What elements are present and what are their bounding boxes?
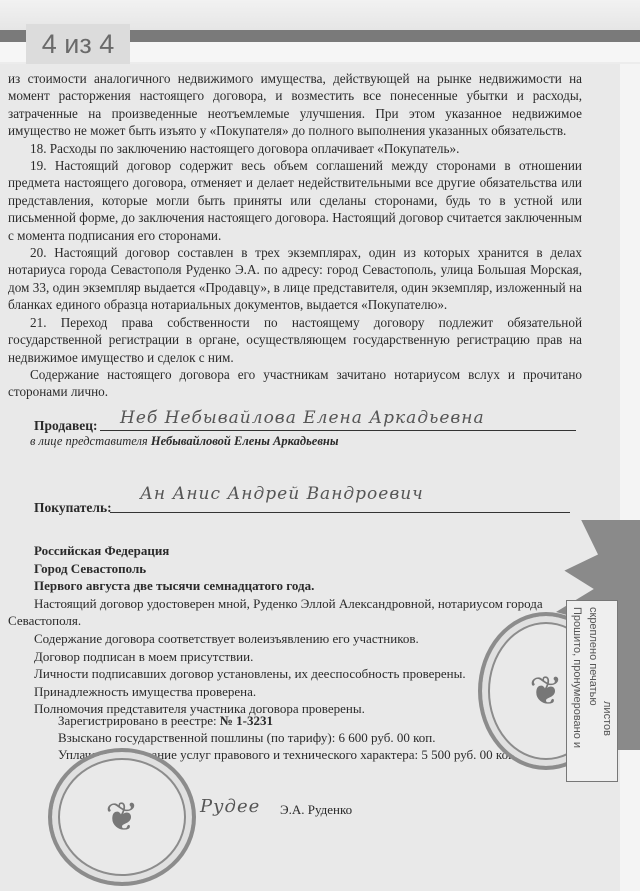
registry-number-line: Зарегистрировано в реестре: № 1-3231 [58, 712, 518, 729]
binding-label: Прошито, пронумеровано и скреплено печат… [566, 600, 618, 782]
contract-body: из стоимости аналогичного недвижимого им… [8, 70, 582, 401]
representative-prefix: в лице представителя [30, 434, 148, 448]
coat-of-arms-icon: ❦ [105, 794, 139, 841]
page-indicator: 4 из 4 [26, 24, 130, 64]
paragraph-18: 18. Расходы по заключению настоящего дог… [8, 140, 582, 157]
representative-name: Небывайловой Елены Аркадьевны [151, 434, 339, 448]
binding-label-line: Прошито, пронумеровано и [571, 607, 583, 748]
cert-city: Город Севастополь [8, 560, 578, 578]
binding-label-line: листов [601, 701, 613, 736]
binding-label-line: скреплено печатью [587, 607, 599, 706]
buyer-handwritten-name: Ан Анис Андрей Вандроевич [140, 484, 424, 504]
seller-signature-line [100, 430, 576, 431]
page-edge [620, 64, 640, 891]
registry-label: Зарегистрировано в реестре: [58, 713, 217, 728]
buyer-signature-line [110, 512, 570, 513]
cert-line: Настоящий договор удостоверен мной, Руде… [8, 595, 578, 630]
notary-stamp-bottom: ❦ [48, 748, 196, 886]
paragraph-21: 21. Переход права собственности по насто… [8, 314, 582, 366]
cert-country: Российская Федерация [8, 542, 578, 560]
paragraph-reading-note: Содержание настоящего договора его участ… [8, 366, 582, 401]
paragraph-19: 19. Настоящий договор содержит весь объе… [8, 157, 582, 244]
paragraph-17-tail: из стоимости аналогичного недвижимого им… [8, 70, 582, 140]
cert-date: Первого августа две тысячи семнадцатого … [8, 577, 578, 595]
seller-handwritten-name: Неб Небывайлова Елена Аркадьевна [120, 408, 485, 428]
notary-name: Э.А. Руденко [280, 802, 352, 818]
registry-number: № 1-3231 [220, 713, 273, 728]
notary-signature: Рудее [200, 796, 260, 817]
state-duty: Взыскано государственной пошлины (по тар… [58, 729, 518, 746]
coat-of-arms-icon: ❦ [529, 668, 563, 715]
seller-label: Продавец: [34, 418, 98, 434]
seller-representative: в лице представителя Небывайловой Елены … [30, 434, 339, 449]
paragraph-20: 20. Настоящий договор составлен в трех э… [8, 244, 582, 314]
buyer-label: Покупатель: [34, 500, 112, 516]
